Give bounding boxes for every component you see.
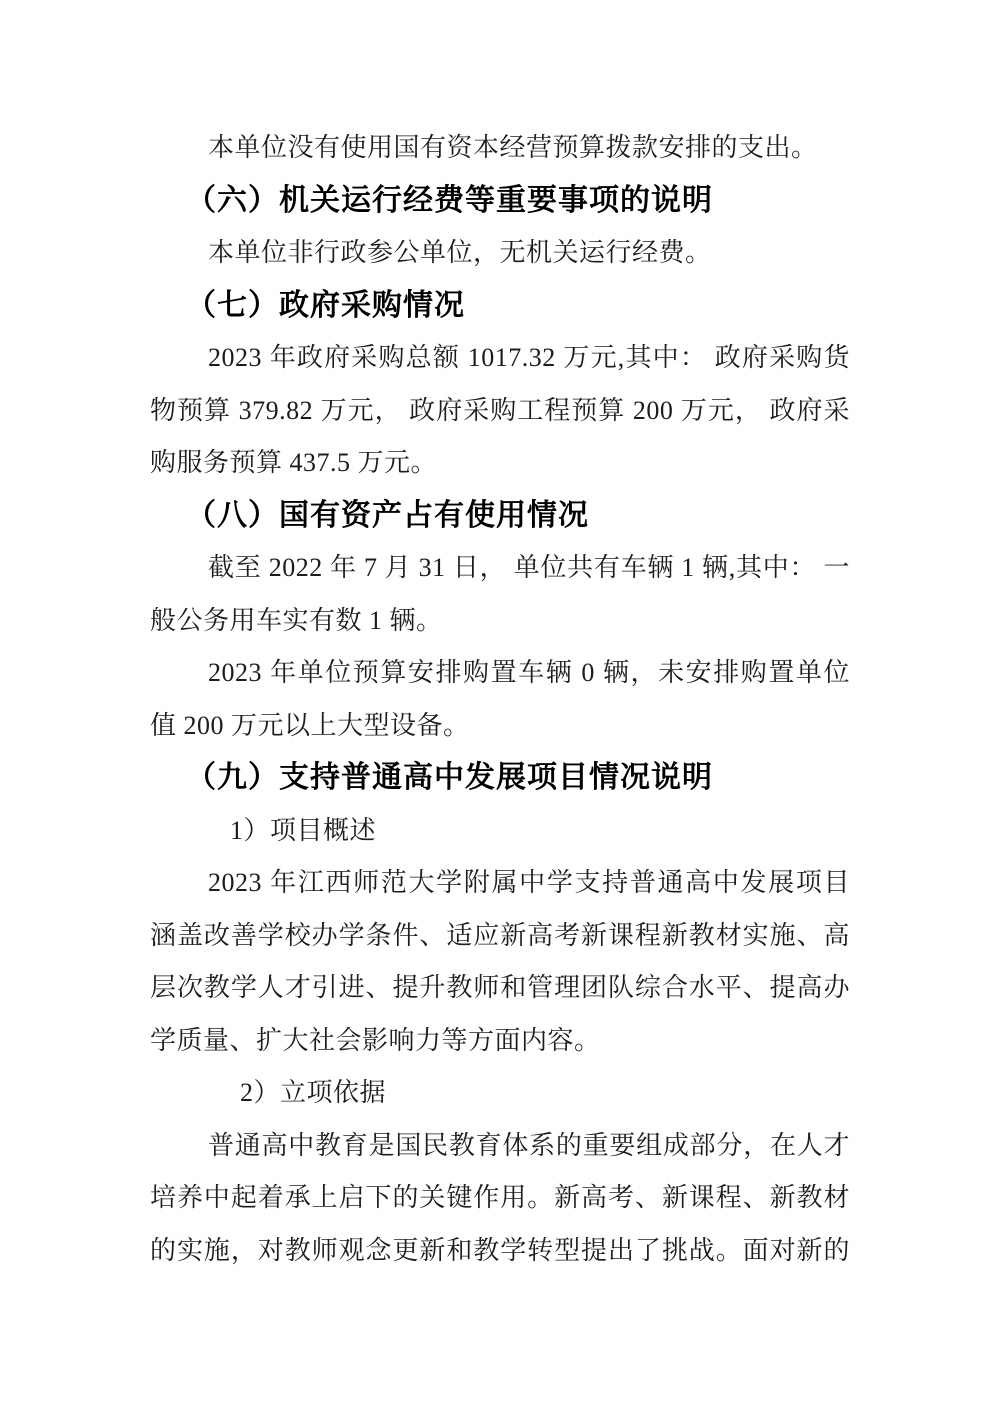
- text-line: 购服务预算 437.5 万元。: [150, 437, 850, 490]
- heading-section-7: （七）政府采购情况: [150, 280, 850, 333]
- heading-section-8: （八）国有资产占有使用情况: [150, 490, 850, 543]
- text-line: 值 200 万元以上大型设备。: [150, 700, 850, 753]
- text-line: 的实施，对教师观念更新和教学转型提出了挑战。面对新的: [150, 1225, 850, 1278]
- text-line: 学质量、扩大社会影响力等方面内容。: [150, 1015, 850, 1068]
- heading-section-9: （九）支持普通高中发展项目情况说明: [150, 752, 850, 805]
- text-line: 截至 2022 年 7 月 31 日， 单位共有车辆 1 辆,其中： 一: [150, 542, 850, 595]
- document-page: 本单位没有使用国有资本经营预算拨款安排的支出。 （六）机关运行经费等重要事项的说…: [0, 0, 999, 1413]
- text-line: 2023 年政府采购总额 1017.32 万元,其中： 政府采购货: [150, 332, 850, 385]
- text-line: 涵盖改善学校办学条件、适应新高考新课程新教材实施、高: [150, 910, 850, 963]
- heading-section-6: （六）机关运行经费等重要事项的说明: [150, 175, 850, 228]
- text-line: 层次教学人才引进、提升教师和管理团队综合水平、提高办: [150, 962, 850, 1015]
- text-line: 本单位非行政参公单位，无机关运行经费。: [150, 227, 850, 280]
- subheading-project-overview: 1）项目概述: [150, 805, 850, 858]
- document-body: 本单位没有使用国有资本经营预算拨款安排的支出。 （六）机关运行经费等重要事项的说…: [150, 122, 850, 1277]
- subheading-project-basis: 2）立项依据: [150, 1067, 850, 1120]
- text-line: 物预算 379.82 万元， 政府采购工程预算 200 万元， 政府采: [150, 385, 850, 438]
- text-line: 本单位没有使用国有资本经营预算拨款安排的支出。: [150, 122, 850, 175]
- text-line: 2023 年江西师范大学附属中学支持普通高中发展项目: [150, 857, 850, 910]
- text-line: 般公务用车实有数 1 辆。: [150, 595, 850, 648]
- text-line: 培养中起着承上启下的关键作用。新高考、新课程、新教材: [150, 1172, 850, 1225]
- text-line: 普通高中教育是国民教育体系的重要组成部分，在人才: [150, 1120, 850, 1173]
- text-line: 2023 年单位预算安排购置车辆 0 辆，未安排购置单位价: [150, 647, 850, 700]
